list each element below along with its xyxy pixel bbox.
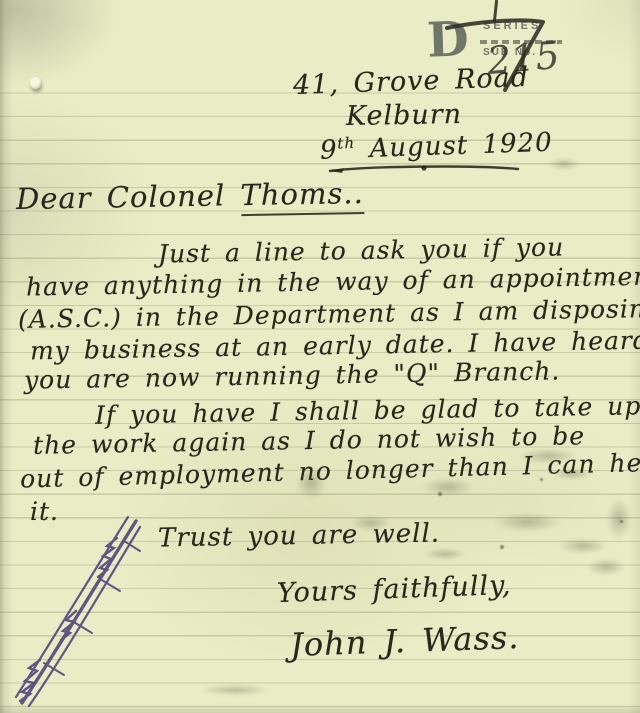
salutation: Dear Colonel Thoms..: [16, 176, 364, 216]
ink-smudge: [558, 538, 608, 554]
closing: Yours faithfully,: [277, 570, 512, 609]
date-line: 9th August 1920: [320, 127, 554, 166]
body-line: it.: [30, 497, 59, 526]
salutation-pre: Dear Colonel: [16, 178, 241, 216]
ink-speck: [438, 492, 442, 496]
body-line: Just a line to ask you if you: [158, 232, 565, 268]
ink-speck: [620, 520, 623, 523]
ink-smudge: [586, 558, 626, 576]
letter-page: D SERIES SUB No. 215 41, Grove Road Kelb…: [0, 0, 640, 713]
date-suffix: th: [337, 134, 355, 153]
postscript-line: Trust you are well.: [158, 519, 441, 554]
signature: John J. Wass.: [289, 618, 520, 664]
ink-speck: [500, 545, 504, 549]
crossed-out-annotation: [6, 505, 156, 710]
salutation-name: Thoms..: [240, 176, 364, 216]
ink-smudge: [424, 548, 466, 560]
ink-smudge: [492, 512, 562, 532]
date-rest: August 1920: [355, 128, 553, 165]
ink-smudge: [548, 158, 580, 170]
address-line-2: Kelburn: [346, 99, 463, 132]
ink-smudge: [606, 498, 632, 540]
ink-smudge: [200, 684, 270, 696]
date-day: 9: [320, 135, 339, 166]
ink-speck: [540, 478, 543, 481]
paper-pinhole: [30, 77, 41, 89]
